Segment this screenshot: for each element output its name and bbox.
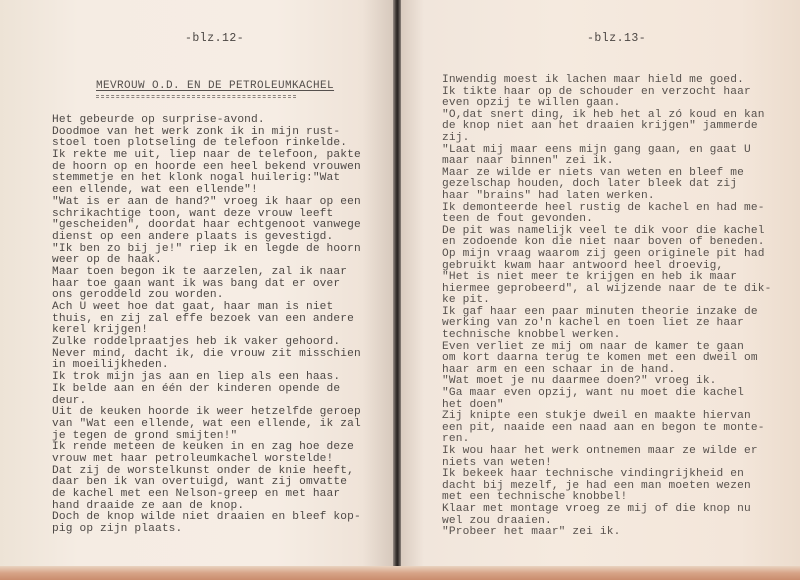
book-gutter <box>393 0 401 580</box>
text-line: teen de fout gevonden. <box>442 214 771 226</box>
text-line: Klaar met montage vroeg ze mij of die kn… <box>442 504 771 516</box>
text-line: de kachel met een Nelson-greep en met ha… <box>52 489 361 501</box>
text-line: "Ga maar even opzij, want nu moet die ka… <box>442 388 771 400</box>
title-double-underline-2 <box>96 97 296 98</box>
text-line: technische knobbel werken. <box>442 330 771 342</box>
text-line: dienst op een andere plaats is gevestigd… <box>52 232 361 244</box>
text-line: van "Wat een ellende, wat een ellende, i… <box>52 419 361 431</box>
text-line: Maar toen begon ik te aarzelen, zal ik n… <box>52 267 361 279</box>
text-line: een pit, naaide een naad aan en begon te… <box>442 423 771 435</box>
page-number-right: -blz.13- <box>587 32 646 45</box>
text-line: Ach U weet hoe dat gaat, haar man is nie… <box>52 302 361 314</box>
text-line: vrouw met haar petroleumkachel worstelde… <box>52 454 361 466</box>
text-line: Op mijn vraag waarom zij geen originele … <box>442 249 771 261</box>
text-line: "Wat is er aan de hand?" vroeg ik haar o… <box>52 197 361 209</box>
text-line: pig op zijn plaats. <box>52 524 361 536</box>
text-line: Ik rekte me uit, liep naar de telefoon, … <box>52 150 361 162</box>
text-line: haar "brains" had laten werken. <box>442 191 771 203</box>
open-book: -blz.12- MEVROUW O.D. EN DE PETROLEUMKAC… <box>0 0 800 572</box>
text-line: maar naar binnen" zei ik. <box>442 156 771 168</box>
text-line: Ik wou haar het werk ontnemen maar ze wi… <box>442 446 771 458</box>
title-double-underline <box>96 95 296 96</box>
story-title: MEVROUW O.D. EN DE PETROLEUMKACHEL <box>96 80 334 92</box>
right-page: -blz.13- Inwendig moest ik lachen maar h… <box>400 0 800 572</box>
text-line: Inwendig moest ik lachen maar hield me g… <box>442 75 771 87</box>
text-line: de knop niet aan het draaien krijgen" ja… <box>442 121 771 133</box>
left-page: -blz.12- MEVROUW O.D. EN DE PETROLEUMKAC… <box>0 0 394 572</box>
page-bottom-edge <box>0 566 800 580</box>
text-line: "Probeer het maar" zei ik. <box>442 527 771 539</box>
left-page-body: Het gebeurde op surprise-avond.Doodmoe v… <box>52 115 361 536</box>
text-line: Ik belde aan en één der kinderen opende … <box>52 384 361 396</box>
text-line: hiermee geprobeerd", al wijzende naar de… <box>442 284 771 296</box>
text-line: Het gebeurde op surprise-avond. <box>52 115 361 127</box>
text-line: "Het is niet meer te krijgen en heb ik m… <box>442 272 771 284</box>
text-line: Zulke roddelpraatjes heb ik vaker gehoor… <box>52 337 361 349</box>
text-line: zij. <box>442 133 771 145</box>
page-number-left: -blz.12- <box>185 32 244 45</box>
right-page-body: Inwendig moest ik lachen maar hield me g… <box>442 75 771 539</box>
